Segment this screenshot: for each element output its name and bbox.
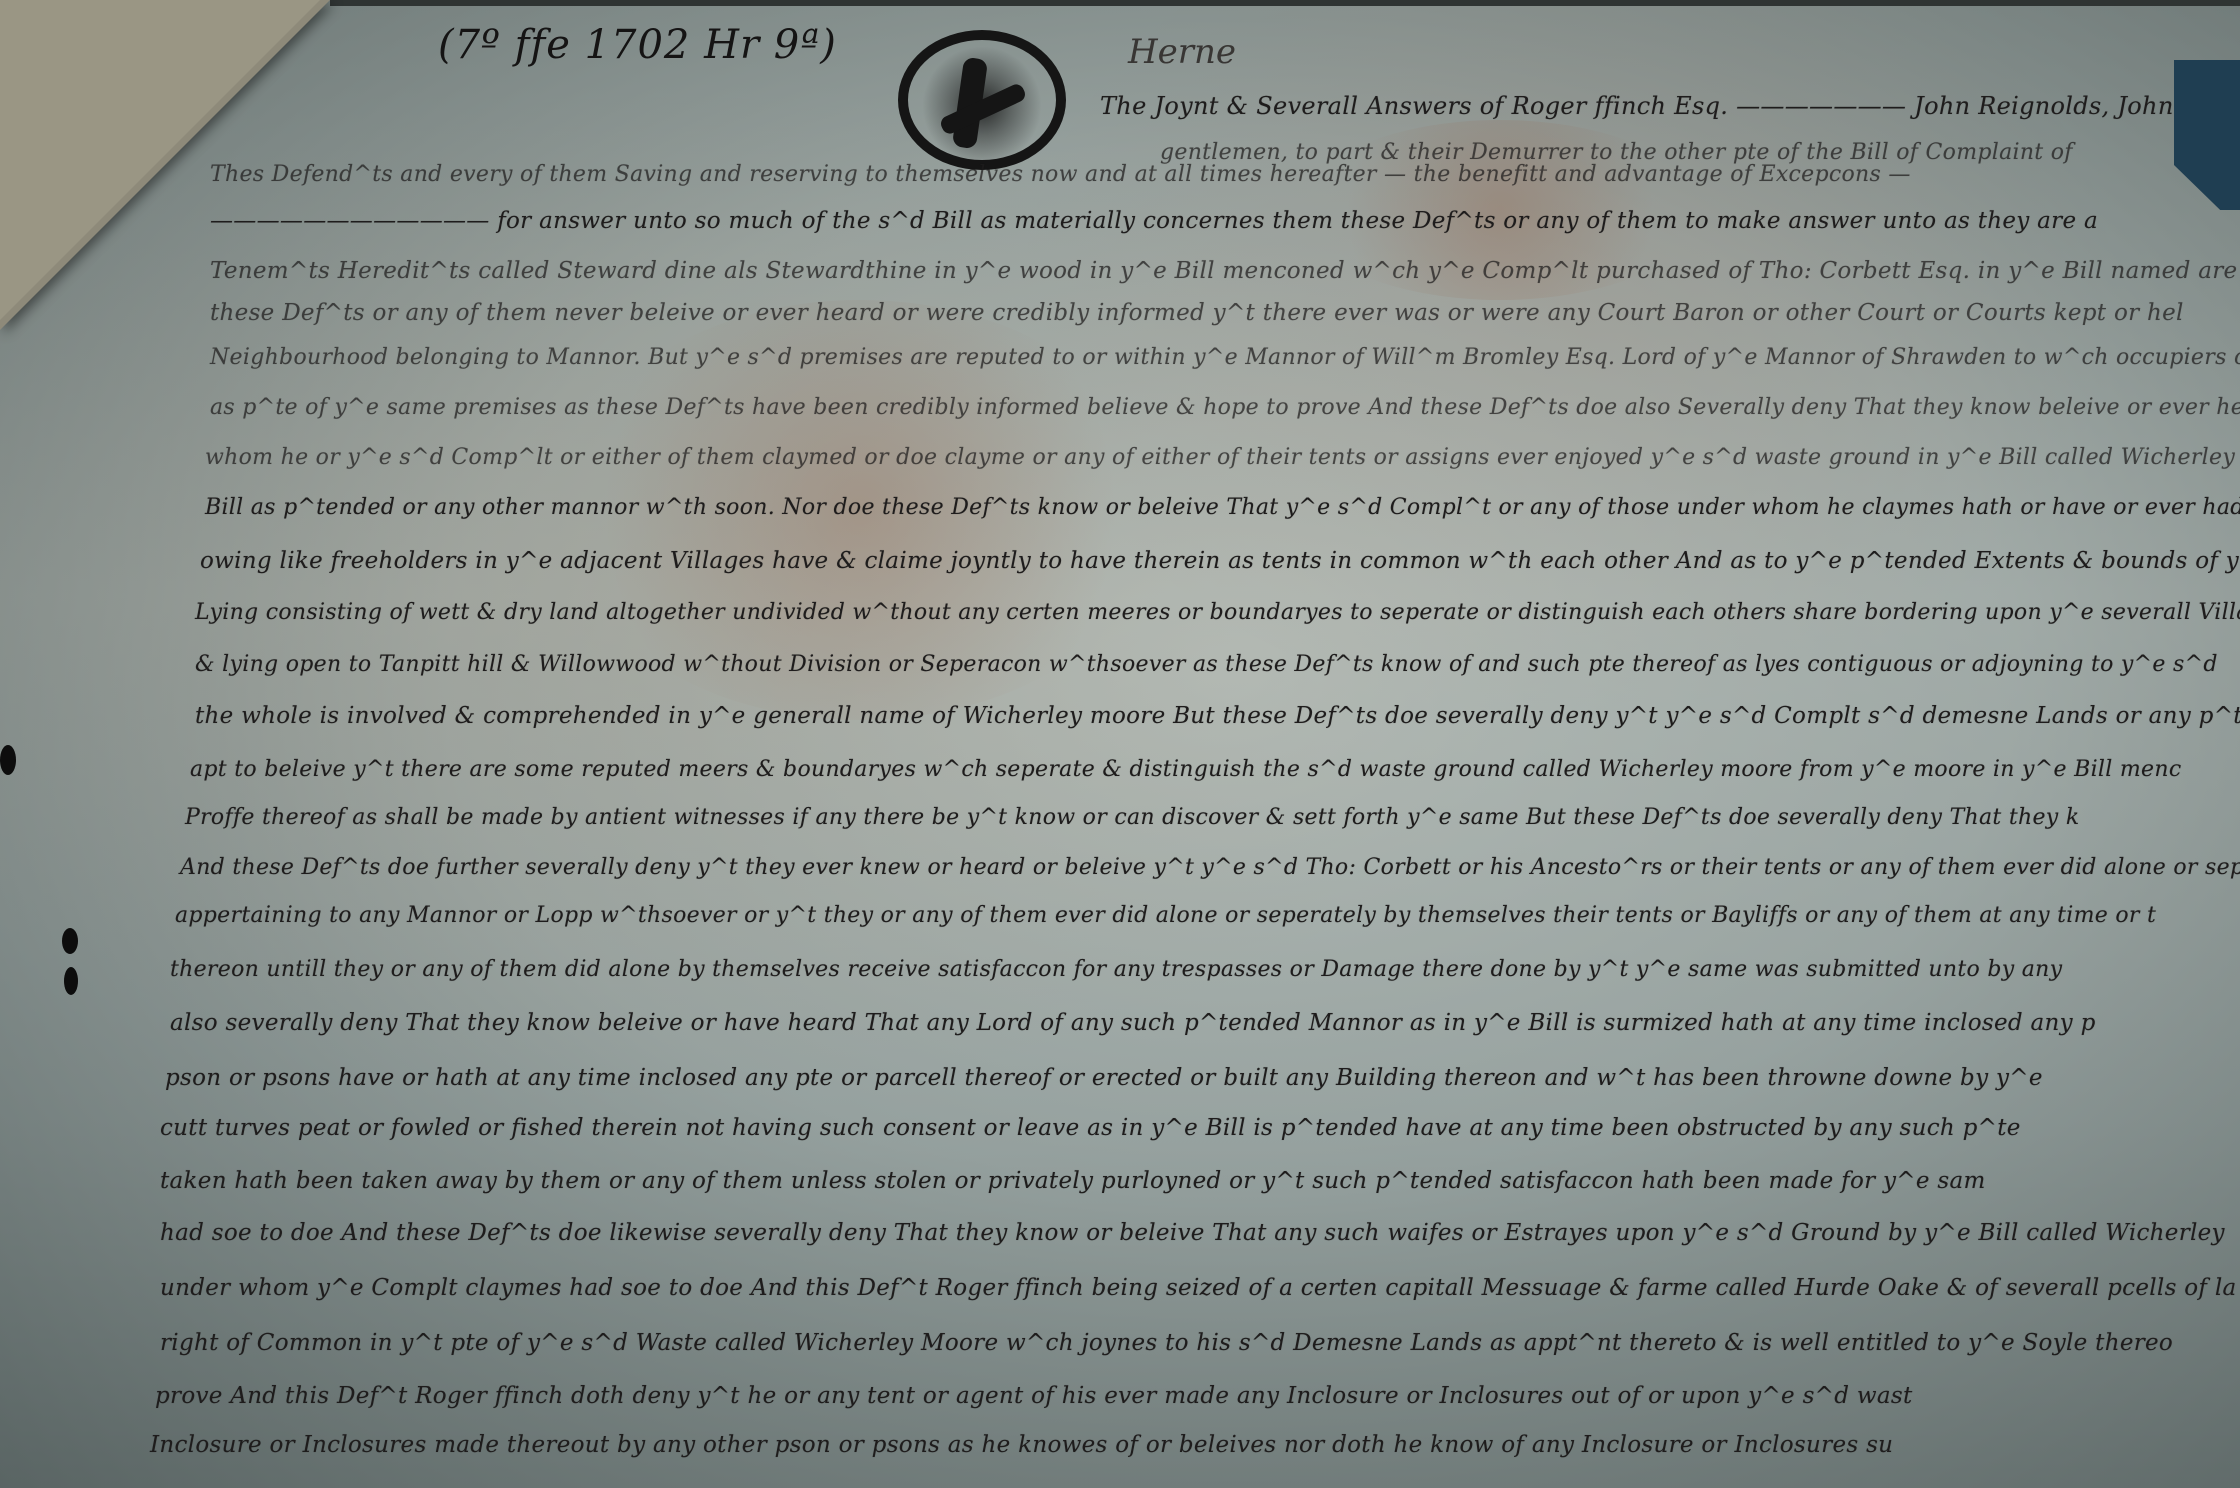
wax-seal-icon bbox=[898, 30, 1066, 170]
manuscript-line: & lying open to Tanpitt hill & Willowwoo… bbox=[195, 652, 2218, 677]
manuscript-line: appertaining to any Mannor or Lopp w^ths… bbox=[175, 903, 2156, 928]
manuscript-line: ———————————— for answer unto so much of … bbox=[210, 208, 2098, 234]
manuscript-line: Thes Defend^ts and every of them Saving … bbox=[210, 162, 1911, 187]
binding-hole bbox=[62, 928, 78, 954]
manuscript-line: Lying consisting of wett & dry land alto… bbox=[195, 600, 2240, 625]
manuscript-line: under whom y^e Complt claymes had soe to… bbox=[160, 1275, 2237, 1301]
manuscript-line: also severally deny That they know belei… bbox=[170, 1010, 2096, 1036]
manuscript-line: Proffe thereof as shall be made by antie… bbox=[185, 805, 2079, 830]
manuscript-line: taken hath been taken away by them or an… bbox=[160, 1168, 1986, 1194]
manuscript-line: whom he or y^e s^d Comp^lt or either of … bbox=[205, 445, 2240, 470]
manuscript-line: apt to beleive y^t there are some repute… bbox=[190, 757, 2181, 782]
manuscript-line: the whole is involved & comprehended in … bbox=[195, 703, 2240, 729]
manuscript-line: Bill as p^tended or any other mannor w^t… bbox=[205, 495, 2240, 520]
manuscript-line: Neighbourhood belonging to Mannor. But y… bbox=[210, 345, 2240, 370]
manuscript-line: prove And this Def^t Roger ffinch doth d… bbox=[155, 1383, 1913, 1409]
manuscript-line: these Def^ts or any of them never beleiv… bbox=[210, 300, 2184, 326]
manuscript-line: And these Def^ts doe further severally d… bbox=[180, 855, 2240, 880]
manuscript-line: had soe to doe And these Def^ts doe like… bbox=[160, 1220, 2225, 1246]
manuscript-line: pson or psons have or hath at any time i… bbox=[165, 1065, 2043, 1091]
manuscript-line: The Joynt & Severall Answers of Roger ff… bbox=[1100, 92, 2174, 120]
document-reference: (7º ffe 1702 Hr 9ª) bbox=[438, 22, 837, 68]
page-top-edge bbox=[330, 0, 2240, 6]
document-heading: Herne bbox=[1128, 32, 1236, 72]
manuscript-line: Inclosure or Inclosures made thereout by… bbox=[150, 1432, 1893, 1458]
manuscript-line: owing like freeholders in y^e adjacent V… bbox=[200, 548, 2240, 574]
manuscript-line: thereon untill they or any of them did a… bbox=[170, 957, 2062, 982]
manuscript-line: right of Common in y^t pte of y^e s^d Wa… bbox=[160, 1330, 2173, 1356]
binding-hole bbox=[0, 745, 16, 775]
manuscript-line: as p^te of y^e same premises as these De… bbox=[210, 395, 2240, 420]
manuscript-line: cutt turves peat or fowled or fished the… bbox=[160, 1115, 2021, 1141]
manuscript-line: Tenem^ts Heredit^ts called Steward dine … bbox=[210, 258, 2240, 284]
binding-hole bbox=[64, 967, 78, 995]
